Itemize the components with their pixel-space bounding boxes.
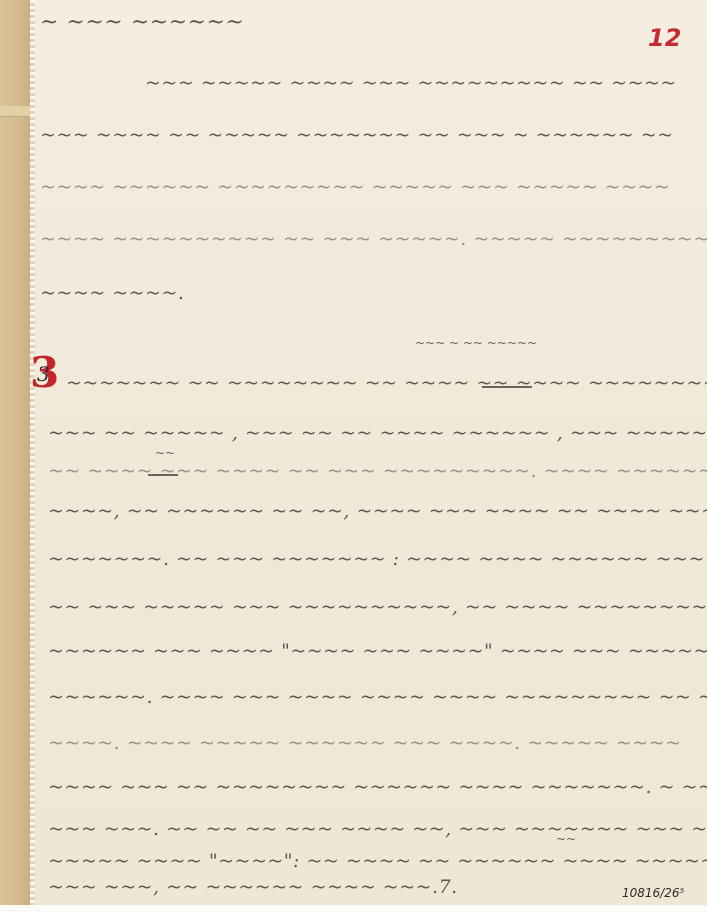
interlinear-insertion: ~~ <box>556 832 576 846</box>
notebook-binding <box>0 0 31 912</box>
interlinear-insertion: ~~ <box>155 446 175 460</box>
text-line: ~~~ ~~~~~ ~~~~ ~~~ ~~~~~~~~~ ~~ ~~~~ <box>145 72 677 106</box>
text-line: ~~~~~~~ ~~ ~~~~~~~~ ~~ ~~~~ ~~ ~~~~ ~~~~… <box>66 372 707 406</box>
text-line: ~~~~. ~~~~ ~~~~~ ~~~~~~ ~~~ ~~~~. ~~~~~ … <box>48 732 682 766</box>
text-line: ~~~ ~~~, ~~ ~~~~~~ ~~~~ ~~~.7. <box>48 876 458 904</box>
page-heading: ~ ~~~ ~~~~~~ <box>40 10 244 44</box>
binding-tear <box>0 106 30 117</box>
text-line: ~~~ ~~~. ~~ ~~ ~~ ~~~ ~~~~ ~~, ~~~ ~~~~~… <box>48 818 707 852</box>
text-line: ~~~~, ~~ ~~~~~~ ~~ ~~, ~~~~ ~~~ ~~~~ ~~ … <box>48 500 707 534</box>
text-line: ~~~~~~ ~~~ ~~~~ "~~~~ ~~~ ~~~~" ~~~~ ~~~… <box>48 640 707 674</box>
text-line: ~~~~ ~~~ ~~ ~~~~~~~~ ~~~~~~ ~~~~ ~~~~~~~… <box>48 776 707 810</box>
text-line: ~~~~~~~. ~~ ~~~ ~~~~~~~ : ~~~~ ~~~~ ~~~~… <box>48 548 707 582</box>
text-line: ~~ ~~~ ~~~~~ ~~~ ~~~~~~~~~~, ~~ ~~~~ ~~~… <box>48 596 707 630</box>
page-number: 12 <box>648 24 681 52</box>
text-line: ~~ ~~~~ ~~~ ~~~~ ~~ ~~~ ~~~~~~~~~. ~~~~ … <box>48 460 707 494</box>
archive-number: 10816/26⁵ <box>622 886 684 900</box>
scan-bottom-margin <box>0 905 707 912</box>
text-line: ~~~~ ~~~~. <box>40 282 184 316</box>
text-line: ~~~ ~~~~ ~~ ~~~~~ ~~~~~~~ ~~ ~~~ ~ ~~~~~… <box>40 124 674 158</box>
text-line: ~~~~~~. ~~~~ ~~~ ~~~~ ~~~~ ~~~~ ~~~~~~~~… <box>48 686 707 720</box>
interlinear-insertion: ~~~ ~ ~~ ~~~~~ <box>415 336 537 350</box>
text-line: ~~~ ~~ ~~~~~ , ~~~ ~~ ~~ ~~~~ ~~~~~~ , ~… <box>48 422 707 456</box>
text-line: ~~~~ ~~~~~~~~~~ ~~ ~~~ ~~~~~. ~~~~~ ~~~~… <box>40 228 707 262</box>
text-line: ~~~~ ~~~~~~ ~~~~~~~~~ ~~~~~ ~~~ ~~~~~ ~~… <box>40 176 670 210</box>
section-marker-pencil: 3 <box>37 362 50 386</box>
